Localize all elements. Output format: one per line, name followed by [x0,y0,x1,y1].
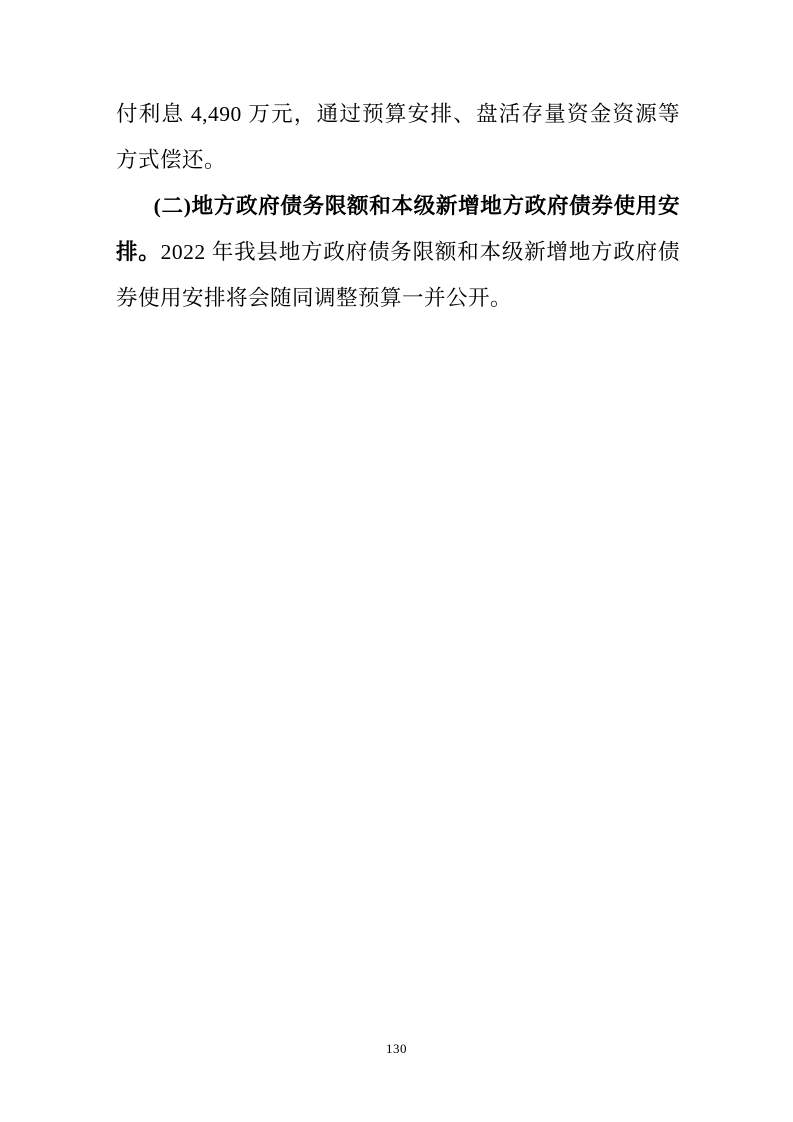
document-page: 付利息 4,490 万元，通过预算安排、盘活存量资金资源等方式偿还。 (二)地方… [0,0,793,1122]
paragraph-section-two: (二)地方政府债务限额和本级新增地方政府债券使用安排。2022 年我县地方政府债… [116,183,680,321]
section-two-body: 2022 年我县地方政府债务限额和本级新增地方政府债券使用安排将会随同调整预算一… [116,240,680,310]
document-content: 付利息 4,490 万元，通过预算安排、盘活存量资金资源等方式偿还。 (二)地方… [116,91,680,321]
paragraph-debt-repayment: 付利息 4,490 万元，通过预算安排、盘活存量资金资源等方式偿还。 [116,91,680,183]
page-footer: 130 [0,1040,793,1058]
page-number: 130 [386,1041,407,1056]
